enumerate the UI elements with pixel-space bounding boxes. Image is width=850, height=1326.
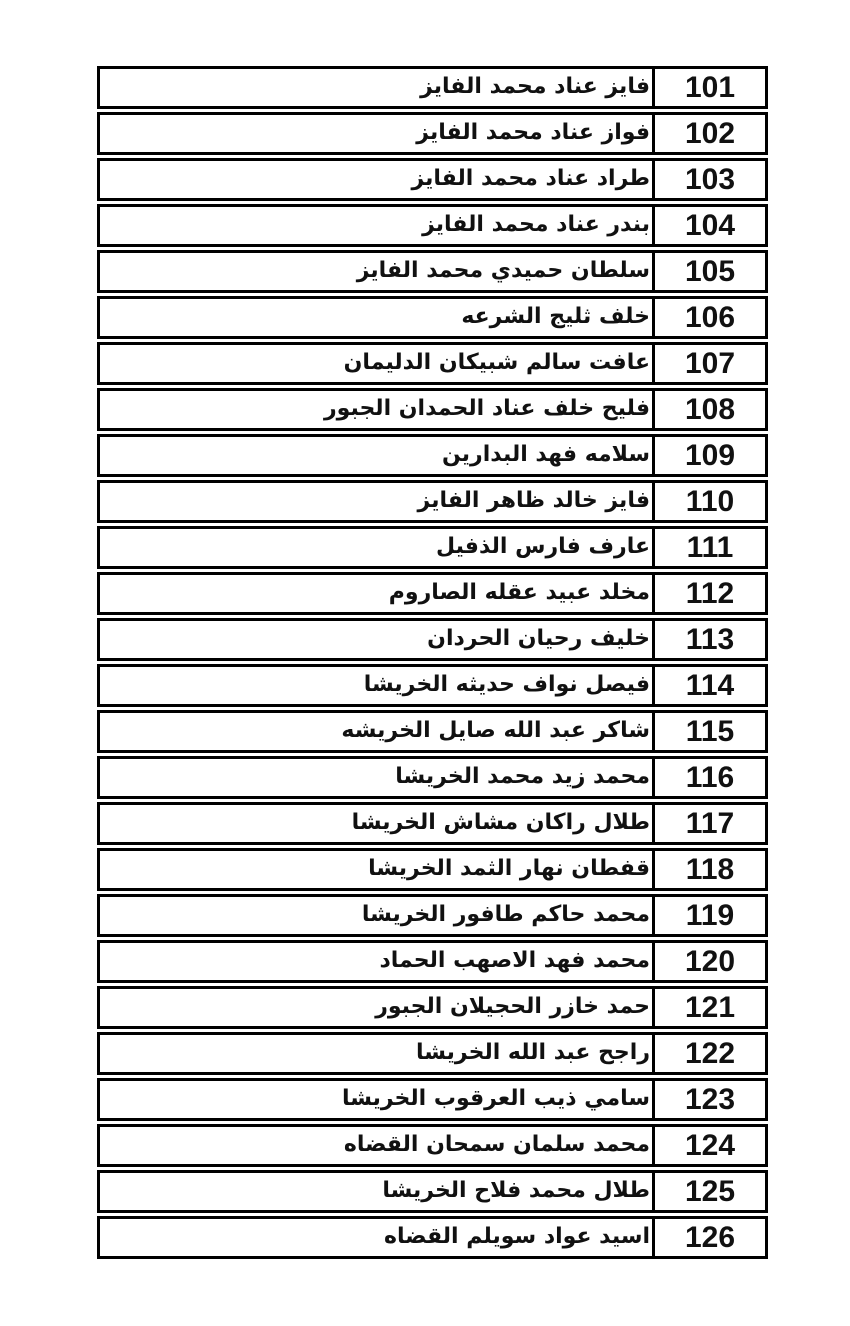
row-number-cell: 105	[652, 253, 765, 290]
roster-table: فايز عناد محمد الفايز 101 فواز عناد محمد…	[97, 66, 768, 1262]
table-row: محمد فهد الاصهب الحماد 120	[97, 940, 768, 983]
row-number-cell: 118	[652, 851, 765, 888]
person-name-cell: قفطان نهار الثمد الخريشا	[100, 851, 652, 888]
row-number-cell: 115	[652, 713, 765, 750]
row-number-cell: 120	[652, 943, 765, 980]
row-number-cell: 106	[652, 299, 765, 336]
person-name-cell: طلال راكان مشاش الخريشا	[100, 805, 652, 842]
table-row: طلال محمد فلاح الخريشا 125	[97, 1170, 768, 1213]
person-name-cell: سلامه فهد البدارين	[100, 437, 652, 474]
row-number-cell: 116	[652, 759, 765, 796]
table-row: فايز خالد ظاهر الفايز 110	[97, 480, 768, 523]
row-number-cell: 117	[652, 805, 765, 842]
row-number-cell: 102	[652, 115, 765, 152]
table-row: طلال راكان مشاش الخريشا 117	[97, 802, 768, 845]
document-page: فايز عناد محمد الفايز 101 فواز عناد محمد…	[0, 0, 850, 1326]
row-number-cell: 108	[652, 391, 765, 428]
person-name-cell: فليح خلف عناد الحمدان الجبور	[100, 391, 652, 428]
person-name-cell: عارف فارس الذفيل	[100, 529, 652, 566]
person-name-cell: خلف ثليج الشرعه	[100, 299, 652, 336]
person-name-cell: محمد زيد محمد الخريشا	[100, 759, 652, 796]
table-row: فيصل نواف حديثه الخريشا 114	[97, 664, 768, 707]
person-name-cell: محمد فهد الاصهب الحماد	[100, 943, 652, 980]
table-row: عافت سالم شبيكان الدليمان 107	[97, 342, 768, 385]
person-name-cell: حمد خازر الحجيلان الجبور	[100, 989, 652, 1026]
table-row: سلطان حميدي محمد الفايز 105	[97, 250, 768, 293]
row-number-cell: 113	[652, 621, 765, 658]
person-name-cell: طلال محمد فلاح الخريشا	[100, 1173, 652, 1210]
person-name-cell: اسيد عواد سويلم القضاه	[100, 1219, 652, 1256]
person-name-cell: عافت سالم شبيكان الدليمان	[100, 345, 652, 382]
person-name-cell: محمد سلمان سمحان القضاه	[100, 1127, 652, 1164]
row-number-cell: 104	[652, 207, 765, 244]
table-row: بندر عناد محمد الفايز 104	[97, 204, 768, 247]
person-name-cell: محمد حاكم طافور الخريشا	[100, 897, 652, 934]
person-name-cell: فواز عناد محمد الفايز	[100, 115, 652, 152]
row-number-cell: 109	[652, 437, 765, 474]
row-number-cell: 119	[652, 897, 765, 934]
person-name-cell: بندر عناد محمد الفايز	[100, 207, 652, 244]
person-name-cell: سامي ذيب العرقوب الخريشا	[100, 1081, 652, 1118]
table-row: سامي ذيب العرقوب الخريشا 123	[97, 1078, 768, 1121]
row-number-cell: 126	[652, 1219, 765, 1256]
table-row: فايز عناد محمد الفايز 101	[97, 66, 768, 109]
row-number-cell: 107	[652, 345, 765, 382]
row-number-cell: 111	[652, 529, 765, 566]
row-number-cell: 103	[652, 161, 765, 198]
table-row: حمد خازر الحجيلان الجبور 121	[97, 986, 768, 1029]
person-name-cell: فيصل نواف حديثه الخريشا	[100, 667, 652, 704]
table-row: محمد زيد محمد الخريشا 116	[97, 756, 768, 799]
person-name-cell: راجح عبد الله الخريشا	[100, 1035, 652, 1072]
person-name-cell: طراد عناد محمد الفايز	[100, 161, 652, 198]
table-row: سلامه فهد البدارين 109	[97, 434, 768, 477]
person-name-cell: فايز عناد محمد الفايز	[100, 69, 652, 106]
row-number-cell: 101	[652, 69, 765, 106]
table-row: شاكر عبد الله صايل الخريشه 115	[97, 710, 768, 753]
row-number-cell: 110	[652, 483, 765, 520]
row-number-cell: 125	[652, 1173, 765, 1210]
person-name-cell: فايز خالد ظاهر الفايز	[100, 483, 652, 520]
table-row: فليح خلف عناد الحمدان الجبور 108	[97, 388, 768, 431]
row-number-cell: 114	[652, 667, 765, 704]
table-row: اسيد عواد سويلم القضاه 126	[97, 1216, 768, 1259]
person-name-cell: شاكر عبد الله صايل الخريشه	[100, 713, 652, 750]
person-name-cell: سلطان حميدي محمد الفايز	[100, 253, 652, 290]
person-name-cell: مخلد عبيد عقله الصاروم	[100, 575, 652, 612]
row-number-cell: 122	[652, 1035, 765, 1072]
row-number-cell: 124	[652, 1127, 765, 1164]
table-row: طراد عناد محمد الفايز 103	[97, 158, 768, 201]
row-number-cell: 112	[652, 575, 765, 612]
table-row: خليف رحيان الحردان 113	[97, 618, 768, 661]
table-row: فواز عناد محمد الفايز 102	[97, 112, 768, 155]
table-row: محمد حاكم طافور الخريشا 119	[97, 894, 768, 937]
table-row: راجح عبد الله الخريشا 122	[97, 1032, 768, 1075]
row-number-cell: 121	[652, 989, 765, 1026]
table-row: عارف فارس الذفيل 111	[97, 526, 768, 569]
row-number-cell: 123	[652, 1081, 765, 1118]
person-name-cell: خليف رحيان الحردان	[100, 621, 652, 658]
table-row: قفطان نهار الثمد الخريشا 118	[97, 848, 768, 891]
table-row: مخلد عبيد عقله الصاروم 112	[97, 572, 768, 615]
table-row: محمد سلمان سمحان القضاه 124	[97, 1124, 768, 1167]
table-row: خلف ثليج الشرعه 106	[97, 296, 768, 339]
